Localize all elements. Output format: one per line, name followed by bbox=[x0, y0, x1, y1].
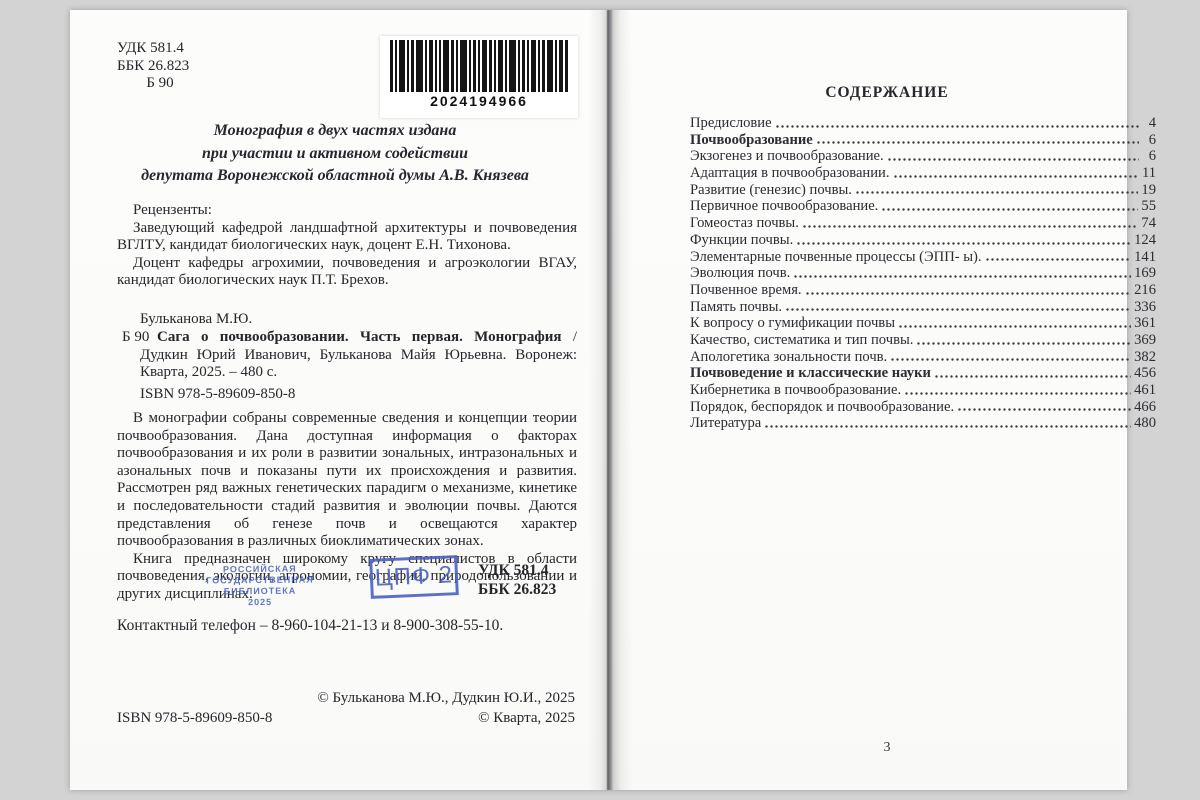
library-stamp: РОССИЙСКАЯ ГОСУДАРСТВЕННАЯ БИБЛИОТЕКА 20… bbox=[190, 563, 330, 608]
toc-entry-page: 456 bbox=[1134, 365, 1156, 382]
toc-entry: Качество, систематика и тип почвы. 369 bbox=[690, 332, 1156, 349]
udk-code-repeat: УДК 581.4 bbox=[478, 561, 556, 580]
barcode-image bbox=[390, 40, 568, 92]
toc-entry: Память почвы. 336 bbox=[690, 299, 1156, 316]
toc-entry: Адаптация в почвообразовании. 11 bbox=[690, 165, 1156, 182]
toc-dot-leader bbox=[904, 391, 1131, 396]
contact-phone-line: Контактный телефон – 8-960-104-21-13 и 8… bbox=[117, 617, 577, 635]
dedication-line: Монография в двух частях издана bbox=[100, 120, 570, 143]
toc-entry: Апологетика зональности почв. 382 bbox=[690, 349, 1156, 366]
toc-entry: Первичное почвообразование. 55 bbox=[690, 198, 1156, 215]
toc-entry-page: 4 bbox=[1142, 115, 1156, 132]
toc-entry-title: Почвоведение и классические науки bbox=[690, 365, 931, 382]
dedication-line: депутата Воронежской областной думы А.В.… bbox=[100, 165, 570, 188]
bbk-code: ББК 26.823 bbox=[117, 58, 217, 76]
toc-dot-leader bbox=[893, 174, 1139, 179]
toc-entry-title: Гомеостаз почвы. bbox=[690, 215, 799, 232]
toc-entry-title: Предисловие bbox=[690, 115, 772, 132]
classification-codes: УДК 581.4 ББК 26.823 Б 90 bbox=[117, 40, 217, 93]
toc-entry-title: Первичное почвообразование. bbox=[690, 198, 878, 215]
toc-entry-title: Адаптация в почвообразовании. bbox=[690, 165, 890, 182]
toc-dot-leader bbox=[764, 424, 1131, 429]
toc-entry-title: Развитие (генезис) почвы. bbox=[690, 182, 852, 199]
bbk-code-repeat: ББК 26.823 bbox=[478, 580, 556, 599]
toc-entry-title: Элементарные почвенные процессы (ЭПП- ы)… bbox=[690, 249, 982, 266]
toc-entry-title: Литература bbox=[690, 415, 761, 432]
toc-entry-page: 141 bbox=[1134, 249, 1156, 266]
toc-entry-title: Апологетика зональности почв. bbox=[690, 349, 887, 366]
copyright-authors: © Бульканова М.Ю., Дудкин Ю.И., 2025 bbox=[117, 689, 575, 709]
catalog-code: Б 90 bbox=[122, 329, 149, 347]
toc-entry: Порядок, беспорядок и почвообразование. … bbox=[690, 399, 1156, 416]
toc-entry-title: Почвообразование bbox=[690, 132, 813, 149]
toc-entry-page: 466 bbox=[1134, 399, 1156, 416]
book-gutter-seam bbox=[607, 10, 609, 790]
toc-entry: Гомеостаз почвы. 74 bbox=[690, 215, 1156, 232]
toc-dot-leader bbox=[890, 357, 1131, 362]
toc-entry-title: Почвенное время. bbox=[690, 282, 802, 299]
author-sign-code: Б 90 bbox=[117, 75, 203, 93]
toc-entry-title: Качество, систематика и тип почвы. bbox=[690, 332, 913, 349]
reviewers-label: Рецензенты: bbox=[117, 202, 577, 220]
toc-entry-page: 11 bbox=[1142, 165, 1156, 182]
imprint-page: УДК 581.4 ББК 26.823 Б 90 bbox=[70, 10, 588, 790]
toc-entry-page: 55 bbox=[1141, 198, 1156, 215]
bibliographic-description: Сага о почвообразовании. Часть первая. М… bbox=[117, 329, 577, 382]
toc-entry-title: Функции почвы. bbox=[690, 232, 793, 249]
book-gutter-shadow bbox=[588, 10, 632, 790]
reviewers-section: Рецензенты: Заведующий кафедрой ландшафт… bbox=[117, 202, 577, 290]
toc-entry-page: 369 bbox=[1134, 332, 1156, 349]
toc-entry-title: К вопросу о гумификации почвы bbox=[690, 315, 895, 332]
toc-entry: Кибернетика в почвообразование. 461 bbox=[690, 382, 1156, 399]
toc-dot-leader bbox=[816, 140, 1139, 145]
toc-entry-page: 382 bbox=[1134, 349, 1156, 366]
barcode-label: 2024194966 bbox=[380, 36, 578, 118]
library-stamp-line: 2025 bbox=[190, 596, 330, 608]
toc-entry-page: 461 bbox=[1134, 382, 1156, 399]
toc-entry-page: 169 bbox=[1134, 265, 1156, 282]
reviewer-entry: Доцент кафедры агрохимии, почвоведения и… bbox=[117, 255, 577, 290]
toc-dot-leader bbox=[796, 241, 1131, 246]
toc-entry-title: Порядок, беспорядок и почвообразование. bbox=[690, 399, 954, 416]
classification-codes-repeat: УДК 581.4 ББК 26.823 bbox=[478, 561, 556, 599]
toc-dot-leader bbox=[805, 291, 1132, 296]
toc-entry: Функции почвы. 124 bbox=[690, 232, 1156, 249]
toc-entry: Почвенное время. 216 bbox=[690, 282, 1156, 299]
toc-entry: Литература 480 bbox=[690, 415, 1156, 432]
toc-entry-title: Эволюция почв. bbox=[690, 265, 790, 282]
toc-entry-page: 480 bbox=[1134, 415, 1156, 432]
scanned-book-spread: { "left_page": { "udk": "УДК 581.4", "bb… bbox=[0, 0, 1200, 800]
annotation-paragraph: В монографии собраны современные сведени… bbox=[117, 410, 577, 551]
toc-dot-leader bbox=[881, 207, 1138, 212]
catalog-entry: Б 90 Сага о почвообразовании. Часть перв… bbox=[117, 329, 577, 403]
isbn-line: ISBN 978-5-89609-850-8 bbox=[117, 386, 577, 404]
toc-entry: Предисловие 4 bbox=[690, 115, 1156, 132]
toc-dot-leader bbox=[898, 324, 1131, 329]
toc-entry-page: 6 bbox=[1142, 132, 1156, 149]
contents-page: СОДЕРЖАНИЕ Предисловие 4 Почвообразовани… bbox=[632, 10, 1127, 790]
udk-code: УДК 581.4 bbox=[117, 40, 217, 58]
toc-dot-leader bbox=[855, 190, 1138, 195]
page-number: 3 bbox=[687, 740, 1087, 756]
toc-dot-leader bbox=[802, 224, 1139, 229]
toc-entry: Развитие (генезис) почвы. 19 bbox=[690, 182, 1156, 199]
toc-dot-leader bbox=[793, 274, 1131, 279]
toc-dot-leader bbox=[785, 307, 1131, 312]
toc-entry-title: Кибернетика в почвообразование. bbox=[690, 382, 901, 399]
toc-dot-leader bbox=[775, 124, 1139, 129]
toc-entry: Эволюция почв. 169 bbox=[690, 265, 1156, 282]
toc-dot-leader bbox=[934, 374, 1131, 379]
toc-entry-title: Экзогенез и почвообразование. bbox=[690, 148, 884, 165]
reviewer-entry: Заведующий кафедрой ландшафтной архитект… bbox=[117, 220, 577, 255]
barcode-number: 2024194966 bbox=[430, 93, 528, 109]
dedication-note: Монография в двух частях издана при учас… bbox=[100, 120, 570, 188]
table-of-contents: Предисловие 4 Почвообразование 6 Экзоген… bbox=[690, 115, 1156, 432]
author-heading: Бульканова М.Ю. bbox=[117, 311, 577, 328]
toc-entry: Почвообразование 6 bbox=[690, 132, 1156, 149]
dedication-line: при участии и активном содействии bbox=[100, 143, 570, 166]
toc-entry-page: 19 bbox=[1141, 182, 1156, 199]
book-spread: УДК 581.4 ББК 26.823 Б 90 bbox=[70, 10, 1127, 790]
toc-entry-title: Память почвы. bbox=[690, 299, 782, 316]
toc-entry: Элементарные почвенные процессы (ЭПП- ы)… bbox=[690, 249, 1156, 266]
library-stamp-line: ГОСУДАРСТВЕННАЯ bbox=[190, 574, 330, 586]
toc-entry-page: 124 bbox=[1134, 232, 1156, 249]
toc-dot-leader bbox=[985, 257, 1132, 262]
toc-entry-page: 336 bbox=[1134, 299, 1156, 316]
toc-entry: Экзогенез и почвообразование. 6 bbox=[690, 148, 1156, 165]
cpf-stamp: ЦПФ 2 bbox=[369, 555, 459, 599]
book-title: Сага о почвообразовании. Часть первая. М… bbox=[157, 329, 562, 345]
isbn-bottom: ISBN 978-5-89609-850-8 bbox=[117, 710, 272, 727]
toc-dot-leader bbox=[887, 157, 1139, 162]
toc-entry: К вопросу о гумификации почвы 361 bbox=[690, 315, 1156, 332]
toc-dot-leader bbox=[916, 341, 1131, 346]
contents-heading: СОДЕРЖАНИЕ bbox=[687, 84, 1087, 102]
toc-entry: Почвоведение и классические науки 456 bbox=[690, 365, 1156, 382]
toc-dot-leader bbox=[957, 407, 1131, 412]
toc-entry-page: 361 bbox=[1134, 315, 1156, 332]
toc-entry-page: 216 bbox=[1134, 282, 1156, 299]
toc-entry-page: 6 bbox=[1142, 148, 1156, 165]
toc-entry-page: 74 bbox=[1141, 215, 1156, 232]
